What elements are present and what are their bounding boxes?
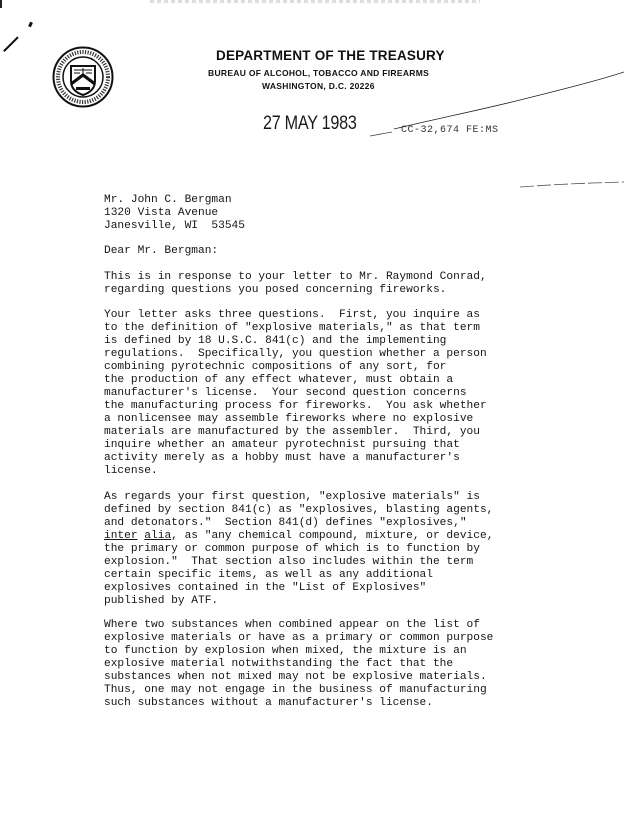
text-line: a nonlicensee may assemble fireworks whe… (104, 413, 473, 427)
text-line: manufacturer's license. Your second ques… (104, 387, 467, 401)
date-stamp: 27 MAY 1983 (263, 113, 357, 135)
text-line: regulations. Specifically, you question … (104, 348, 487, 362)
text-line: regarding questions you posed concerning… (104, 284, 446, 298)
recipient-name: Mr. John C. Bergman (104, 194, 232, 208)
text-line: inquire whether an amateur pyrotechnist … (104, 439, 460, 453)
text-line: the production of any effect whatever, m… (104, 374, 453, 388)
text-line: certain specific items, as well as any a… (104, 569, 433, 583)
bureau-address: WASHINGTON, D.C. 20226 (262, 81, 375, 91)
text-line: to function by explosion when mixed, the… (104, 645, 467, 659)
pen-mark (3, 36, 18, 51)
text-line: the primary or common purpose of which i… (104, 543, 480, 557)
recipient-street: 1320 Vista Avenue (104, 207, 218, 221)
text-line: explosive material notwithstanding the f… (104, 658, 453, 672)
text-line: activity merely as a hobby must have a m… (104, 452, 460, 466)
text-line: defined by section 841(c) as "explosives… (104, 504, 493, 518)
text-line: materials are manufactured by the assemb… (104, 426, 480, 440)
text-line: Your letter asks three questions. First,… (104, 309, 480, 323)
text-line: As regards your first question, "explosi… (104, 491, 480, 505)
text-line: to the definition of "explosive material… (104, 322, 480, 336)
text-line: combining pyrotechnic compositions of an… (104, 361, 446, 375)
letter-page: DEPARTMENT OF THE TREASURY BUREAU OF ALC… (0, 0, 624, 824)
recipient-city: Janesville, WI 53545 (104, 220, 245, 234)
text-line: is defined by 18 U.S.C. 841(c) and the i… (104, 335, 446, 349)
text-line: explosives contained in the "List of Exp… (104, 582, 426, 596)
scan-artifact (150, 0, 480, 3)
reference-number: CC-32,674 FE:MS (401, 125, 499, 136)
text-line: Thus, one may not engage in the business… (104, 684, 487, 698)
atf-seal-icon (52, 46, 114, 108)
text-line: Where two substances when combined appea… (104, 619, 480, 633)
text-line: and detonators." Section 841(d) defines … (104, 517, 467, 531)
department-name: DEPARTMENT OF THE TREASURY (216, 48, 445, 63)
scan-edge-mark (0, 0, 2, 8)
text-line: explosion." That section also includes w… (104, 556, 473, 570)
text-line: published by ATF. (104, 595, 218, 609)
pen-mark (28, 22, 33, 28)
underlined-term: inter (104, 530, 138, 542)
text-line: substances when not mixed may not be exp… (104, 671, 487, 685)
text-line: such substances without a manufacturer's… (104, 697, 433, 711)
text-line: This is in response to your letter to Mr… (104, 271, 487, 285)
text-line: inter alia, as "any chemical compound, m… (104, 530, 493, 544)
salutation: Dear Mr. Bergman: (104, 245, 218, 259)
text-fragment: , as "any chemical compound, mixture, or… (171, 530, 493, 542)
underlined-term: alia (144, 530, 171, 542)
text-line: the manufacturing process for fireworks.… (104, 400, 487, 414)
text-line: explosive materials or have as a primary… (104, 632, 493, 646)
bureau-name: BUREAU OF ALCOHOL, TOBACCO AND FIREARMS (208, 68, 429, 78)
text-line: license. (104, 465, 158, 479)
